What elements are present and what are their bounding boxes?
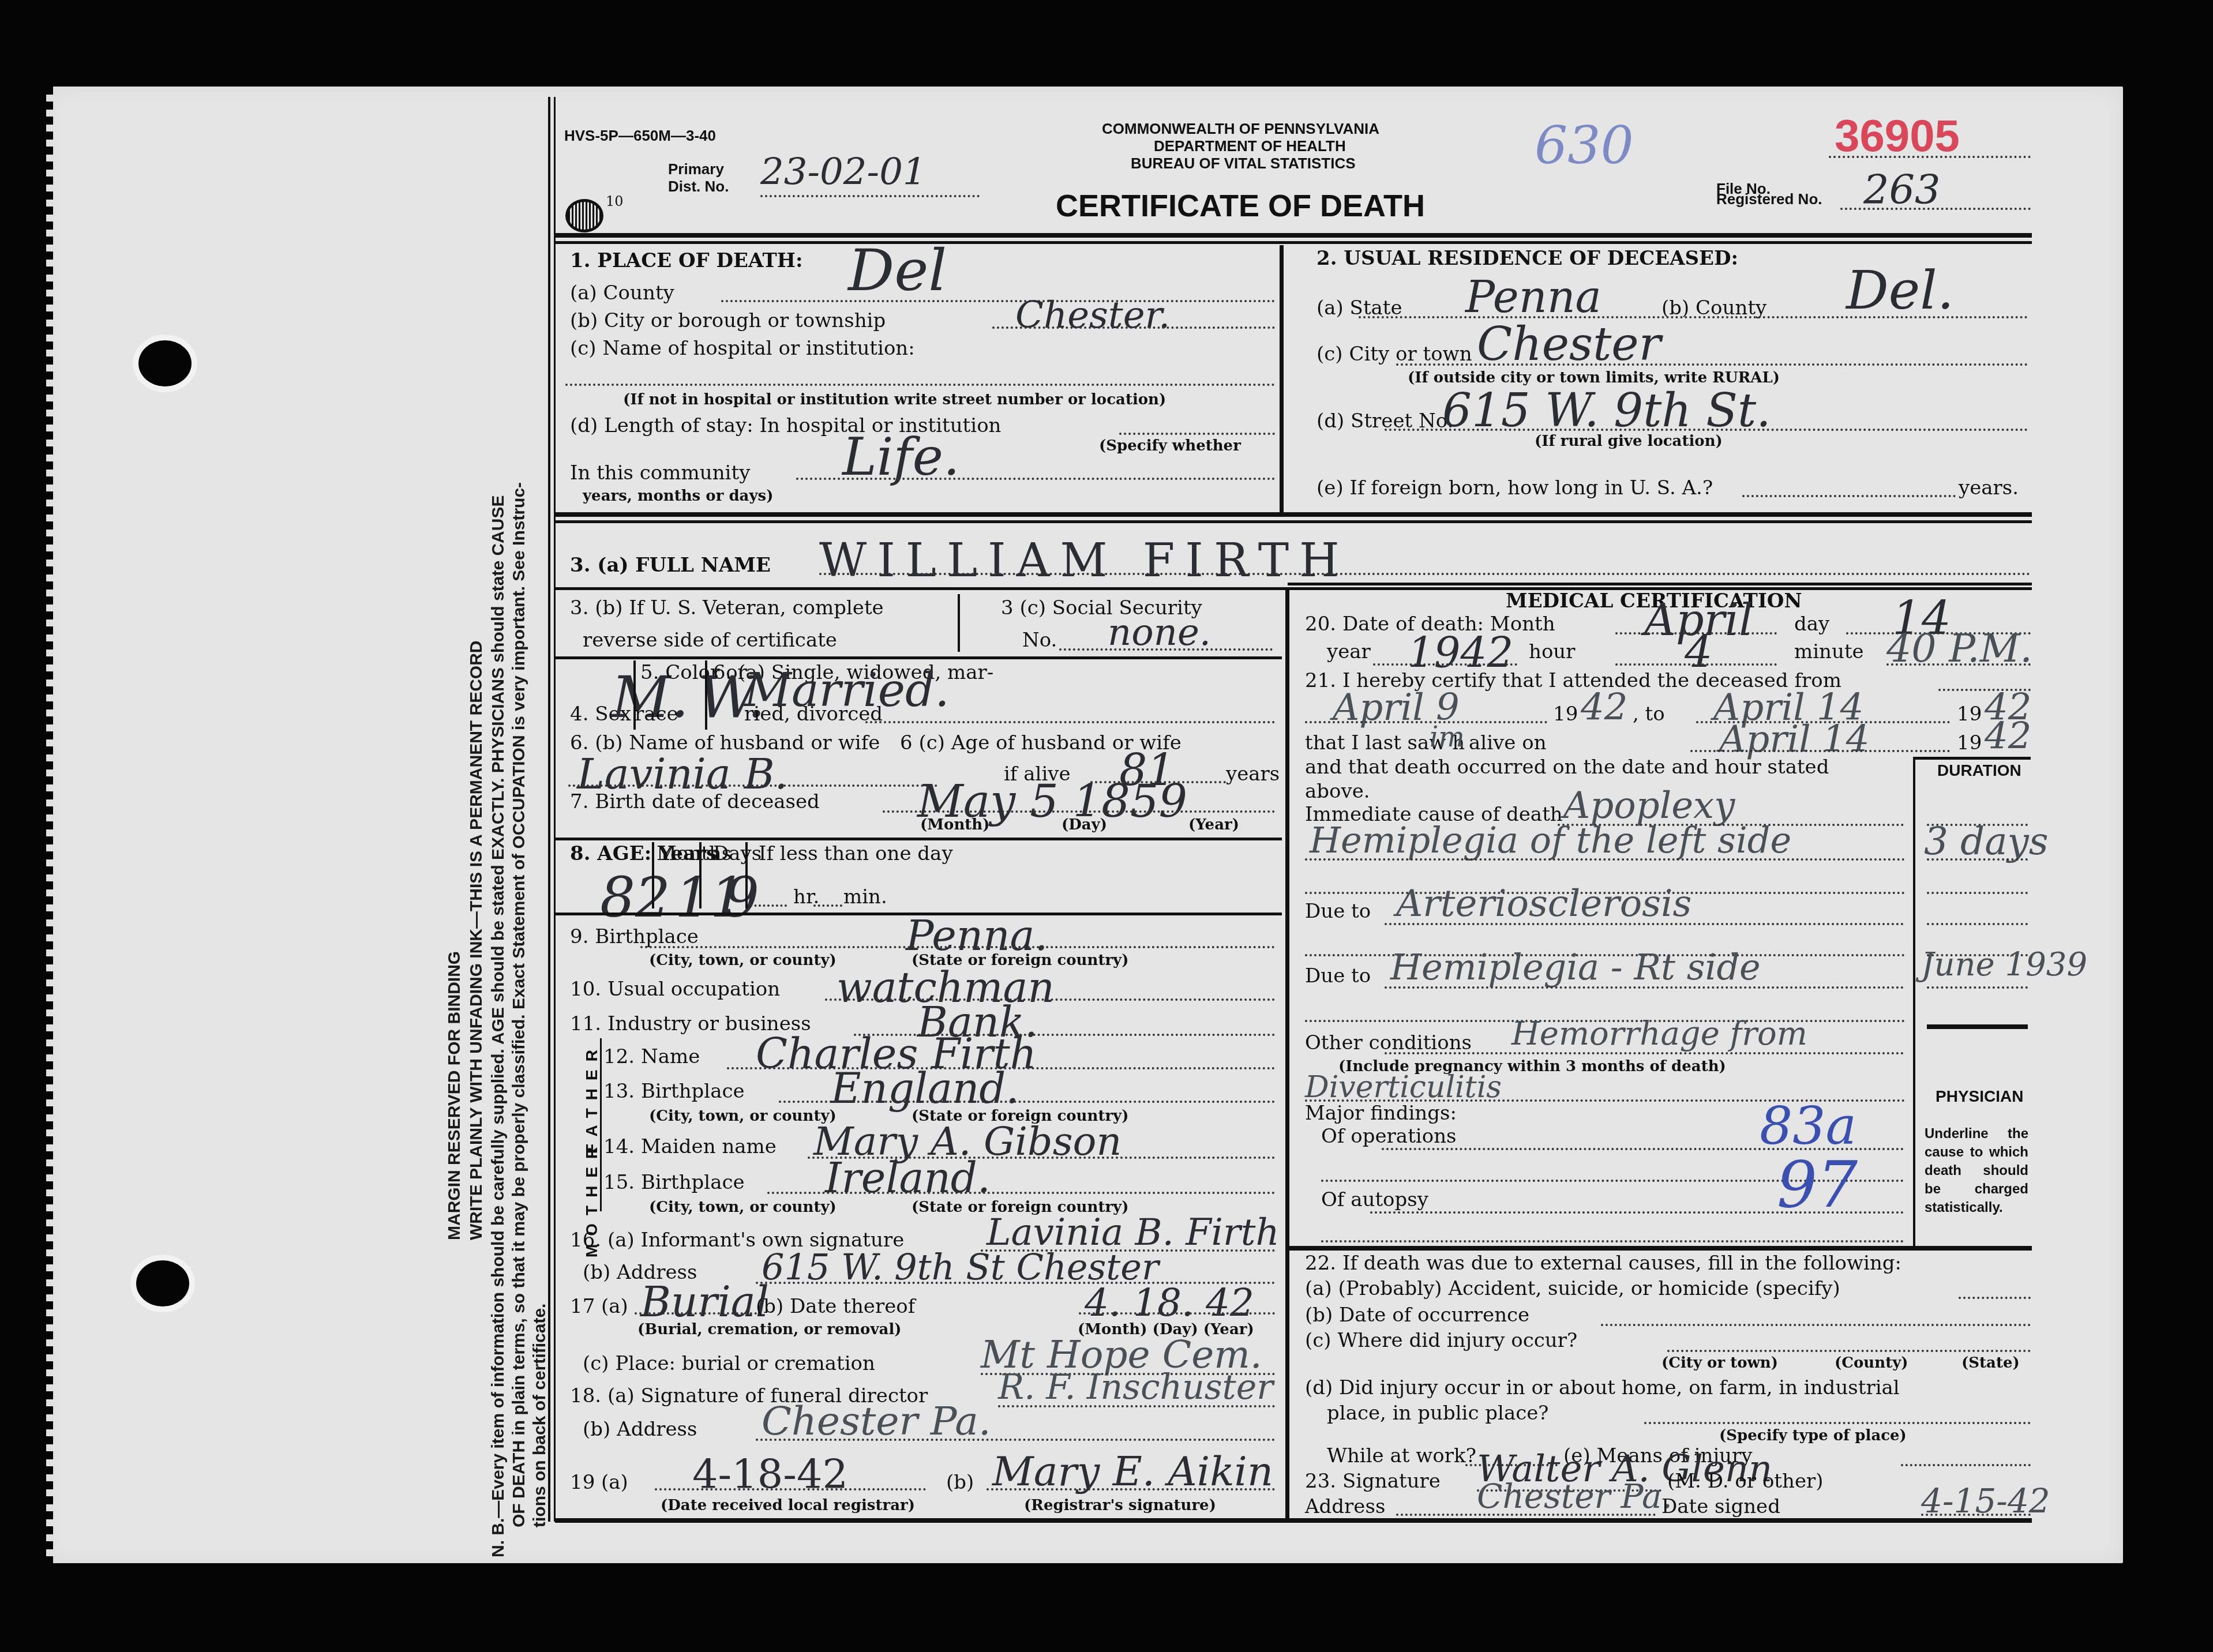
- res-foreign-unit: years.: [1959, 476, 2019, 500]
- years-label: years: [1226, 763, 1280, 786]
- dotted-line: [819, 573, 2031, 575]
- margin-reserved: MARGIN RESERVED FOR BINDING: [444, 951, 465, 1240]
- rule: [555, 233, 2032, 238]
- dotted-line: [1829, 156, 2031, 158]
- dotted-line: [987, 1488, 1275, 1490]
- dotted-line: [796, 478, 1275, 480]
- physician-note: Underline the cause to which death shoul…: [1925, 1125, 2028, 1217]
- sig-address-value[interactable]: Chester Pa.: [1477, 1477, 1672, 1516]
- rule: [1288, 1246, 2032, 1251]
- dotted-line: [1644, 1422, 2031, 1424]
- to-label: , to: [1633, 703, 1665, 726]
- last-saw-year-prefix: 19: [1957, 731, 1982, 754]
- father-birthplace-label: 13. Birthplace: [603, 1080, 745, 1103]
- external-c-label: (c) Where did injury occur?: [1305, 1329, 1577, 1352]
- while-at-work-label: While at work?: [1327, 1444, 1476, 1467]
- dotted-line: [767, 1192, 1275, 1194]
- hour-label: hour: [1529, 640, 1576, 663]
- ssn-no-label: No.: [1022, 629, 1057, 652]
- dotted-line: [568, 784, 937, 787]
- residence-heading: 2. USUAL RESIDENCE OF DECEASED:: [1316, 247, 1738, 270]
- occupation-label: 10. Usual occupation: [570, 978, 780, 1001]
- dotted-line: [813, 904, 842, 907]
- full-name-label: 3. (a) FULL NAME: [570, 554, 771, 577]
- to-year-prefix: 19: [1957, 703, 1982, 726]
- dotted-line: [750, 904, 787, 907]
- father-birthplace-value[interactable]: England.: [831, 1064, 1019, 1113]
- father-tag: FATHER: [583, 1042, 601, 1154]
- immediate-cause-value-2[interactable]: Hemiplegia of the left side: [1310, 819, 1791, 861]
- dotted-line: [1667, 1350, 2031, 1352]
- dotted-line: [565, 384, 1275, 386]
- dotted-line: [1396, 1514, 1656, 1516]
- major-findings-label: Major findings:: [1305, 1102, 1457, 1125]
- divider: [652, 842, 654, 908]
- min-label: min.: [843, 885, 887, 908]
- form-left-border: [548, 97, 556, 1522]
- form-code: HVS-5P—650M—3-40: [564, 127, 716, 145]
- external-d-label-2: place, in public place?: [1327, 1402, 1549, 1425]
- dotted-line: [760, 195, 980, 197]
- file-no-value: 36905: [1835, 110, 1960, 162]
- res-street-note: (If rural give location): [1535, 433, 1723, 450]
- from-year-prefix: 19: [1553, 703, 1578, 726]
- dotted-line: [779, 1101, 1275, 1103]
- primary-dist-value: 23-02-01: [760, 151, 927, 194]
- dotted-line: [1385, 1052, 1904, 1054]
- external-a-label: (a) (Probably) Accident, suicide, or hom…: [1305, 1277, 1840, 1300]
- last-saw-date[interactable]: April 14: [1719, 718, 1870, 761]
- last-saw-pronoun[interactable]: im: [1430, 721, 1465, 753]
- dotted-line: [1840, 208, 2031, 210]
- disposal-note: (Burial, cremation, or removal): [637, 1321, 902, 1338]
- dotted-line: [992, 326, 1275, 329]
- divider: [1913, 757, 1915, 1247]
- rule: [1927, 1024, 2028, 1029]
- divider: [1280, 245, 1284, 513]
- rule: [555, 512, 2032, 517]
- dotted-line: [865, 721, 1275, 723]
- dotted-line: [640, 946, 1275, 948]
- due-to-2-value[interactable]: Hemiplegia - Rt side: [1390, 946, 1761, 988]
- year-label: year: [1327, 640, 1371, 663]
- res-foreign-label: (e) If foreign born, how long in U. S. A…: [1316, 476, 1713, 500]
- specify-note: (Specify whether: [1099, 437, 1241, 455]
- disposal-value[interactable]: Burial: [640, 1278, 769, 1326]
- dotted-line: [1959, 1297, 2031, 1299]
- dotted-line: [1921, 1514, 2031, 1516]
- full-name-value[interactable]: WILLIAM FIRTH: [819, 534, 1350, 587]
- burial-place-label: (c) Place: burial or cremation: [583, 1352, 875, 1375]
- place-of-death-heading: 1. PLACE OF DEATH:: [570, 249, 802, 272]
- duration-heading: DURATION: [1937, 761, 2021, 780]
- dotted-line: [1601, 1324, 2031, 1326]
- marital-value[interactable]: Married.: [744, 663, 950, 717]
- primary-dist-label: Primary: [668, 160, 724, 178]
- disposal-date-label: (b) Date thereof: [756, 1295, 915, 1318]
- dotted-line: [756, 1439, 1275, 1441]
- city-note: (City, town, or county): [649, 1199, 837, 1216]
- father-name-label: 12. Name: [603, 1045, 700, 1068]
- dotted-line: [1385, 923, 1904, 925]
- above-label: above.: [1305, 780, 1370, 803]
- birth-date-label: 7. Birth date of deceased: [570, 790, 820, 813]
- annotation-number: 630: [1535, 115, 1634, 176]
- other-conditions-label: Other conditions: [1305, 1031, 1472, 1054]
- margin-note-1: N. B.—Every item of information should b…: [488, 495, 509, 1557]
- dotted-line: [1321, 1240, 1904, 1242]
- dotted-line: [1305, 721, 1547, 723]
- dotted-line: [635, 1312, 762, 1315]
- dotted-line: [998, 1405, 1275, 1407]
- divider: [705, 660, 707, 730]
- veteran-label-2: reverse side of certificate: [583, 629, 837, 652]
- less-than-day-label: If less than one day: [759, 842, 953, 865]
- age-days-value[interactable]: 9: [724, 865, 759, 930]
- dotted-line: [1396, 363, 2028, 366]
- rule: [555, 838, 1282, 840]
- divider: [745, 842, 748, 908]
- res-city-label: (c) City or town: [1316, 343, 1472, 366]
- year-note: (Year): [1188, 816, 1239, 833]
- community-note: years, months or days): [583, 487, 773, 505]
- hospital-label: (c) Name of hospital or institution:: [570, 337, 915, 360]
- due-to-1-value[interactable]: Arteriosclerosis: [1396, 883, 1691, 925]
- autopsy-label: Of autopsy: [1321, 1188, 1428, 1211]
- attend-from-year[interactable]: 42: [1581, 686, 1627, 729]
- disposal-date-value[interactable]: 4. 18. 42: [1085, 1281, 1254, 1325]
- dotted-line: [1615, 663, 1777, 666]
- mother-name-label: 14. Maiden name: [603, 1135, 777, 1158]
- veteran-label: 3. (b) If U. S. Veteran, complete: [570, 596, 884, 619]
- agency-line-1: COMMONWEALTH OF PENNSYLVANIA: [1102, 120, 1379, 138]
- agency-line-3: BUREAU OF VITAL STATISTICS: [1131, 155, 1356, 172]
- age-years-value[interactable]: 82: [600, 865, 670, 930]
- margin-note-3: tions on back of certificate.: [530, 1304, 550, 1557]
- external-b-label: (b) Date of occurrence: [1305, 1304, 1529, 1327]
- perforated-edge: [46, 87, 53, 1563]
- dotted-line: [1385, 429, 2028, 431]
- rule: [555, 656, 1282, 659]
- due-to-2-duration[interactable]: June 1939: [1921, 946, 2087, 983]
- external-d-label: (d) Did injury occur in or about home, o…: [1305, 1376, 1900, 1399]
- registrar-date-value[interactable]: 4-18-42: [692, 1451, 848, 1498]
- other-conditions-value[interactable]: Hemorrhage from: [1511, 1015, 1807, 1053]
- dotted-line: [1119, 433, 1275, 435]
- res-state-value[interactable]: Penna: [1465, 271, 1601, 322]
- rule: [555, 587, 2032, 590]
- divider: [958, 594, 960, 652]
- registered-no-label: Registered No.: [1716, 190, 1822, 208]
- punch-hole-icon: [136, 1260, 189, 1306]
- md-label: (M. D. or other): [1667, 1470, 1824, 1493]
- brace: [600, 1038, 602, 1211]
- dotted-line: [1373, 663, 1517, 666]
- dotted-line: [1927, 858, 2028, 861]
- day-note: (Day): [1062, 816, 1107, 833]
- immediate-duration-value[interactable]: 3 days: [1924, 819, 2049, 863]
- union-seal-icon: [565, 199, 603, 232]
- date-signed-label: Date signed: [1661, 1495, 1780, 1518]
- mother-birthplace-label: 15. Birthplace: [603, 1171, 745, 1194]
- registrar-sig-label: (b): [946, 1471, 974, 1494]
- sig-address-label: Address: [1305, 1495, 1385, 1518]
- minute-label: minute: [1794, 640, 1864, 663]
- days-label: Days: [713, 842, 762, 865]
- operations-label: Of operations: [1321, 1125, 1457, 1148]
- dotted-line: [1305, 858, 1905, 861]
- race-label-2: race: [635, 703, 678, 726]
- city-town-note: (City or town): [1661, 1354, 1778, 1372]
- registrar-date-note: (Date received local registrar): [661, 1497, 915, 1514]
- physician-heading: PHYSICIAN: [1936, 1087, 2023, 1106]
- agency-line-2: DEPARTMENT OF HEALTH: [1154, 137, 1346, 155]
- birthplace-label: 9. Birthplace: [570, 925, 699, 948]
- rule: [1288, 583, 2032, 585]
- dotted-line: [1927, 923, 2028, 925]
- county-label: (a) County: [570, 281, 674, 305]
- state-note-22: (State): [1961, 1354, 2020, 1372]
- day-label: day: [1794, 613, 1829, 636]
- specify-place-note: (Specify type of place): [1719, 1427, 1907, 1444]
- dotted-line: [655, 1488, 926, 1490]
- city-label: (b) City or borough or township: [570, 309, 886, 332]
- director-address-label: (b) Address: [583, 1418, 697, 1441]
- dotted-line: [1690, 750, 1950, 752]
- dotted-line: [1886, 663, 2031, 666]
- last-saw-year[interactable]: 42: [1985, 715, 2031, 758]
- disposal-label: 17 (a): [570, 1295, 628, 1318]
- dotted-line: [721, 300, 1275, 302]
- due-to-label-1: Due to: [1305, 900, 1371, 923]
- mother-birthplace-value[interactable]: Ireland.: [825, 1154, 991, 1202]
- external-heading: 22. If death was due to external causes,…: [1305, 1252, 1901, 1275]
- dotted-line: [1385, 986, 1904, 989]
- director-address-value[interactable]: Chester Pa.: [762, 1399, 991, 1444]
- dotted-line: [1079, 1312, 1275, 1315]
- dotted-line: [1059, 648, 1273, 651]
- ssn-value[interactable]: none.: [1108, 611, 1211, 654]
- certificate-title: CERTIFICATE OF DEATH: [1056, 188, 1425, 224]
- county-value[interactable]: Del: [848, 236, 947, 304]
- dotted-line: [1742, 495, 1956, 497]
- margin-write-plainly: WRITE PLAINLY WITH UNFADING INK—THIS IS …: [466, 641, 487, 1240]
- city-value[interactable]: Chester.: [1015, 294, 1170, 337]
- city-note: (City, town, or county): [649, 1107, 837, 1125]
- coding-mark-2: 97: [1777, 1148, 1858, 1222]
- rule: [555, 1518, 2032, 1523]
- registrar-label: 19 (a): [570, 1471, 628, 1494]
- county-note: (County): [1835, 1354, 1908, 1372]
- alive-on-label: alive on: [1469, 731, 1547, 754]
- city-note: (City, town, or county): [649, 952, 837, 969]
- dotted-line: [1370, 1211, 1904, 1214]
- punch-hole-icon: [138, 340, 192, 386]
- res-county-value[interactable]: Del.: [1846, 260, 1954, 321]
- community-label: In this community: [570, 461, 750, 485]
- month-note: (Month): [920, 816, 990, 833]
- registrar-sig-note: (Registrar's signature): [1024, 1497, 1216, 1514]
- dotted-line: [1359, 316, 2028, 318]
- dotted-line: [1901, 1464, 2031, 1466]
- registered-no-value: 263: [1863, 166, 1941, 213]
- rule: [555, 520, 2032, 523]
- divider: [1285, 588, 1289, 1523]
- dotted-line: [825, 998, 1275, 1001]
- margin-note-2: OF DEATH in plain terms, so that it may …: [509, 482, 530, 1557]
- hospital-note: (If not in hospital or institution write…: [623, 391, 1166, 408]
- funeral-director-value[interactable]: R. F. Inschuster: [998, 1367, 1273, 1407]
- dist-no-label: Dist. No.: [668, 178, 729, 196]
- dotted-line: [1927, 986, 2028, 989]
- rule: [555, 241, 2032, 244]
- rule: [1915, 757, 2031, 760]
- union-mark: 10: [606, 193, 624, 209]
- dotted-line: [883, 810, 1275, 813]
- divider: [699, 842, 702, 908]
- due-to-label-2: Due to: [1305, 964, 1371, 988]
- signature-label: 23. Signature: [1305, 1470, 1441, 1493]
- stated-label: and that death occurred on the date and …: [1305, 756, 1829, 779]
- dotted-line: [1927, 892, 2028, 894]
